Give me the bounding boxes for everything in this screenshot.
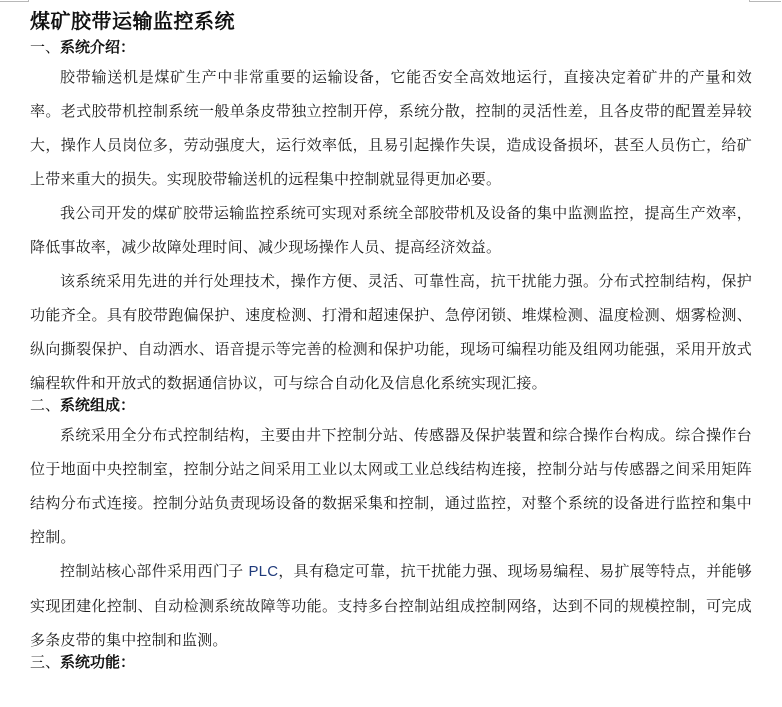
section-number: 二、 — [30, 396, 60, 414]
crop-mark-top-left-vertical — [28, 0, 29, 2]
crop-mark-top-right-vertical — [749, 0, 750, 2]
document-title: 煤矿胶带运输监控系统 — [30, 6, 752, 36]
paragraph-composition-1: 系统采用全分布式控制结构，主要由井下控制分站、传感器及保护装置和综合操作台构成。… — [30, 418, 752, 554]
crop-mark-top-right — [749, 1, 781, 2]
paragraph-intro-3: 该系统采用先进的并行处理技术，操作方便、灵活、可靠性高，抗干扰能力强。分布式控制… — [30, 264, 752, 400]
section-number: 三、 — [30, 653, 60, 671]
section-heading-text: 系统介绍： — [60, 38, 135, 56]
section-heading-text: 系统功能： — [60, 653, 135, 671]
section-heading-text: 系统组成： — [60, 396, 135, 414]
plc-text-before: 控制站核心部件采用西门子 — [60, 562, 248, 580]
crop-mark-top-left — [0, 1, 29, 2]
paragraph-intro-1: 胶带输送机是煤矿生产中非常重要的运输设备，它能否安全高效地运行，直接决定着矿井的… — [30, 60, 752, 196]
paragraph-intro-2: 我公司开发的煤矿胶带运输监控系统可实现对系统全部胶带机及设备的集中监测监控，提高… — [30, 196, 752, 264]
section-heading-intro: 一、系统介绍： — [30, 36, 752, 58]
document-page: 煤矿胶带运输监控系统 一、系统介绍： 胶带输送机是煤矿生产中非常重要的运输设备，… — [30, 6, 752, 673]
plc-term: PLC — [248, 563, 278, 580]
paragraph-composition-plc: 控制站核心部件采用西门子 PLC，具有稳定可靠，抗干扰能力强、现场易编程、易扩展… — [30, 554, 752, 657]
section-number: 一、 — [30, 38, 60, 56]
